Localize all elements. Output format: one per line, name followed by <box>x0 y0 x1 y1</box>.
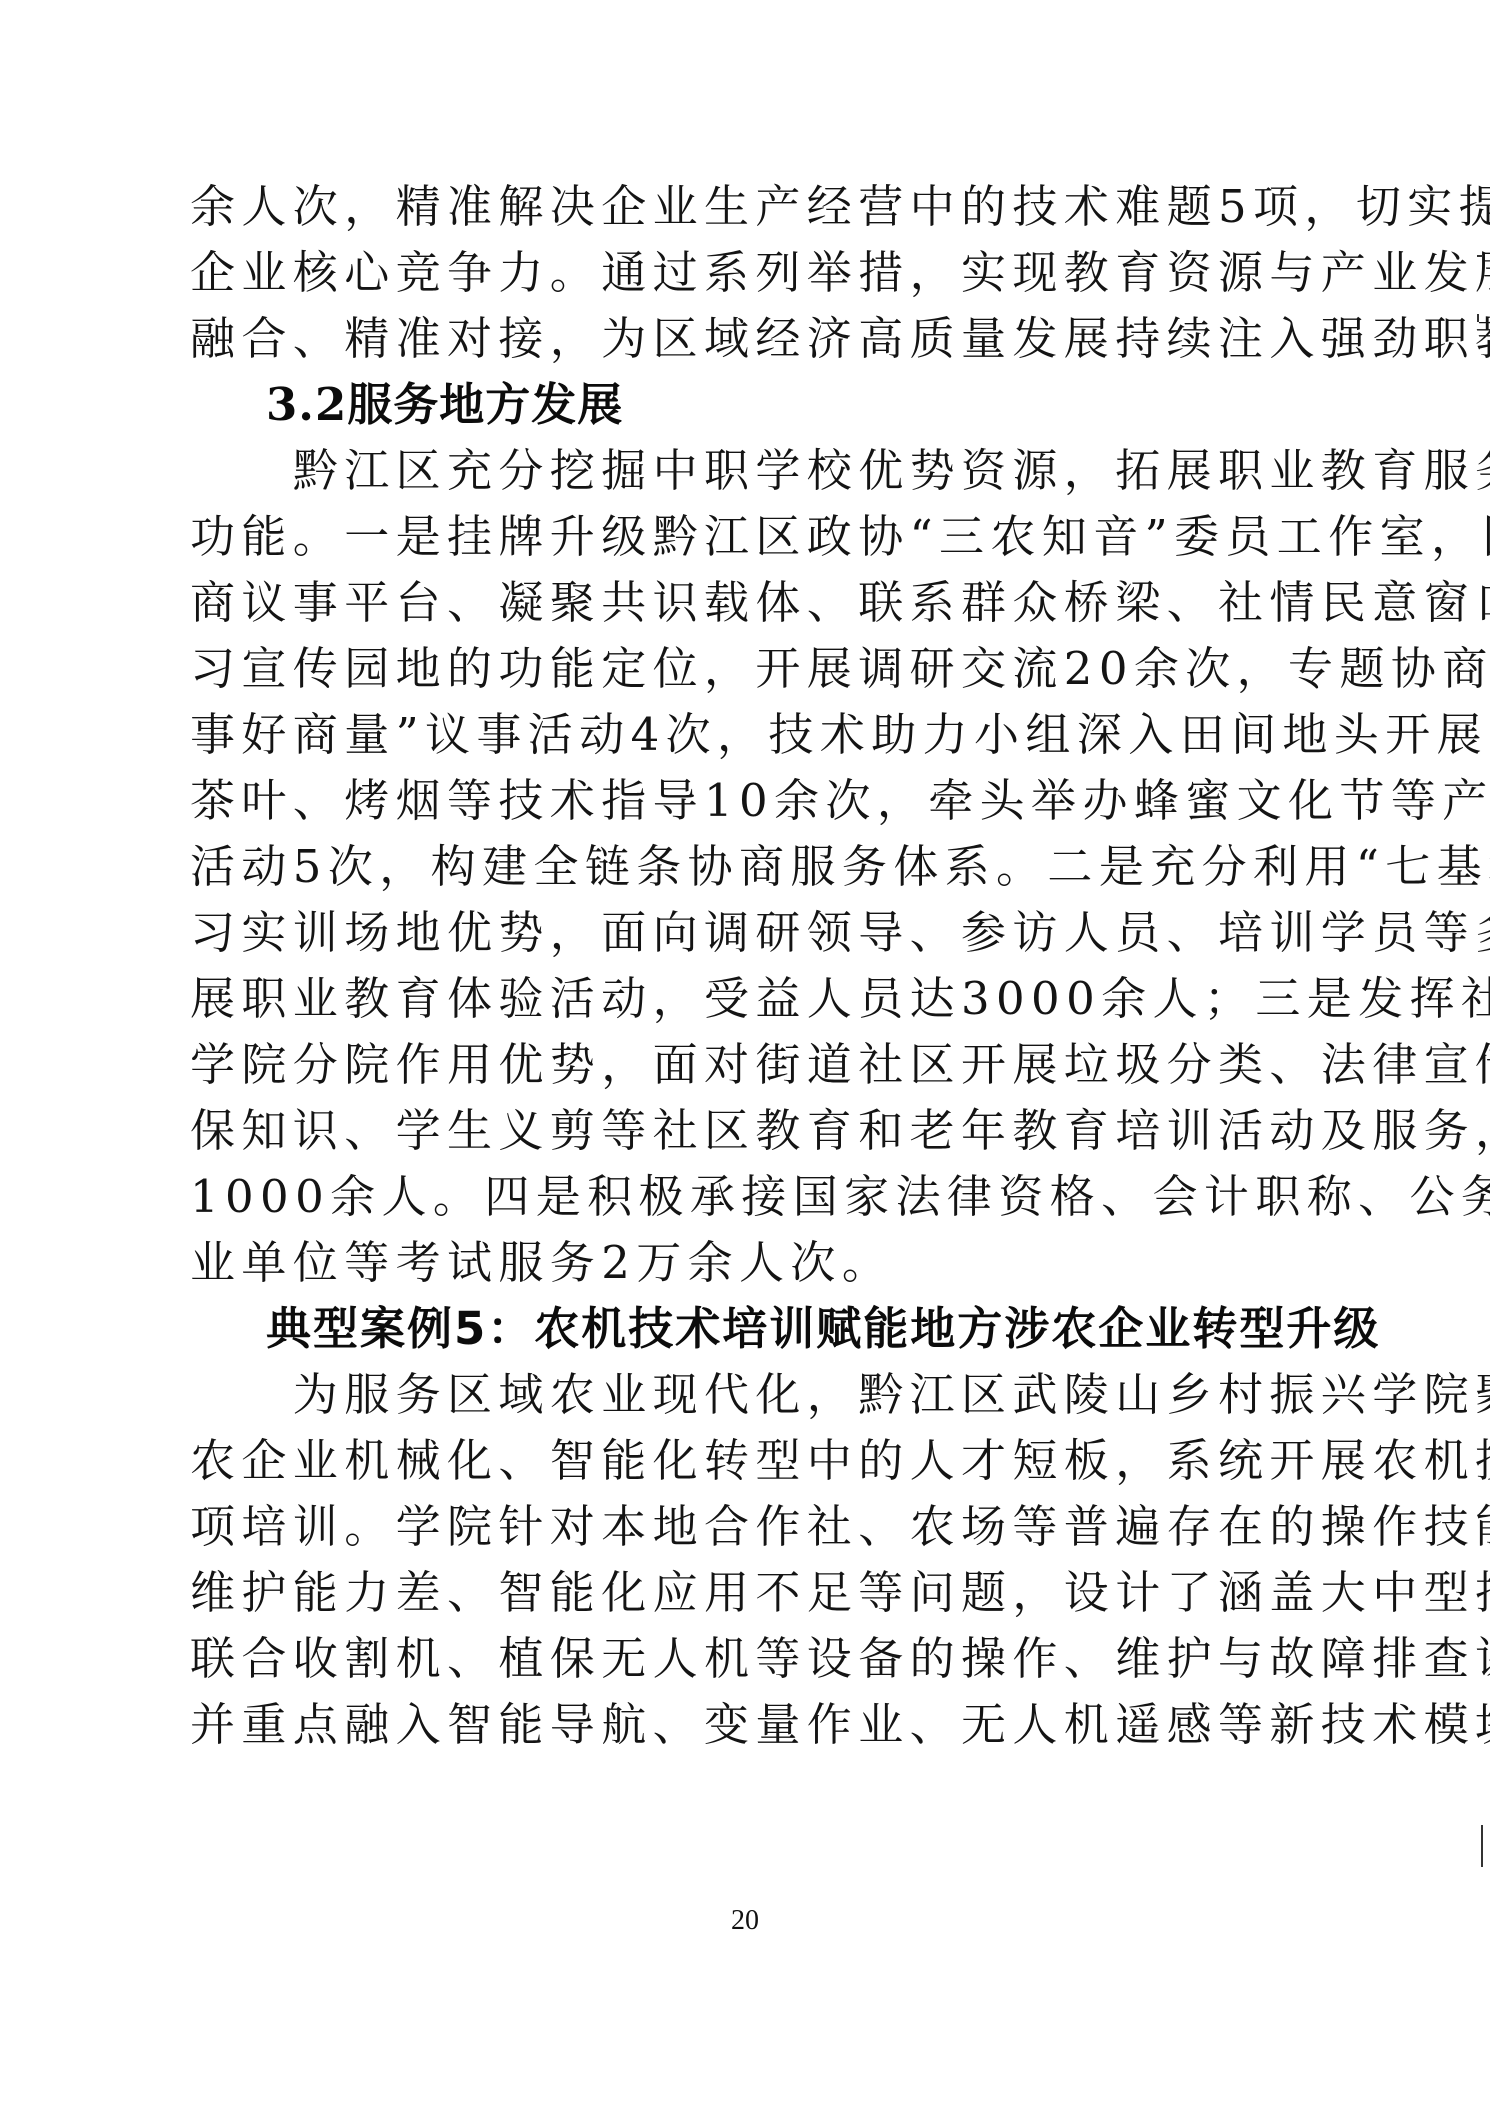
section-heading: 3.2服务地方发展 <box>190 372 1302 438</box>
text-line: 习实训场地优势，面向调研领导、参访人员、培训学员等多次开 <box>190 900 1302 966</box>
text-line: 联合收割机、植保无人机等设备的操作、维护与故障排查课程， <box>190 1626 1302 1692</box>
text-line: 余人次，精准解决企业生产经营中的技术难题5项，切实提升了 <box>190 174 1302 240</box>
text-line: 学院分院作用优势，面对街道社区开展垃圾分类、法律宣传、医 <box>190 1032 1302 1098</box>
text-line: 保知识、学生义剪等社区教育和老年教育培训活动及服务，收益 <box>190 1098 1302 1164</box>
text-line: 茶叶、烤烟等技术指导10余次，牵头举办蜂蜜文化节等产销对接 <box>190 768 1302 834</box>
body-text: 余人次，精准解决企业生产经营中的技术难题5项，切实提升了 企业核心竞争力。通过系… <box>190 174 1302 1758</box>
text-line: 1000余人。四是积极承接国家法律资格、会计职称、公务员、事 <box>190 1164 1302 1230</box>
text-line: 展职业教育体验活动，受益人员达3000余人；三是发挥社区教育 <box>190 966 1302 1032</box>
text-line: 并重点融入智能导航、变量作业、无人机遥感等新技术模块。培 <box>190 1692 1302 1758</box>
text-line: 项培训。学院针对本地合作社、农场等普遍存在的操作技能弱、 <box>190 1494 1302 1560</box>
text-line: 业单位等考试服务2万余人次。 <box>190 1230 1302 1296</box>
document-page: 余人次，精准解决企业生产经营中的技术难题5项，切实提升了 企业核心竞争力。通过系… <box>0 0 1490 2104</box>
text-line: 农企业机械化、智能化转型中的人才短板，系统开展农机技术专 <box>190 1428 1302 1494</box>
text-line: 事好商量”议事活动4次，技术助力小组深入田间地头开展食用菌、 <box>190 702 1302 768</box>
scan-artifact <box>1477 255 1483 257</box>
text-line: 维护能力差、智能化应用不足等问题，设计了涵盖大中型拖拉机、 <box>190 1560 1302 1626</box>
page-number: 20 <box>0 1905 1490 1937</box>
text-line: 企业核心竞争力。通过系列举措，实现教育资源与产业发展深度 <box>190 240 1302 306</box>
scan-artifact <box>1481 1825 1483 1867</box>
text-line: 功能。一是挂牌升级黔江区政协“三农知音”委员工作室，围绕协 <box>190 504 1302 570</box>
text-line: 商议事平台、凝聚共识载体、联系群众桥梁、社情民意窗口、学 <box>190 570 1302 636</box>
text-line: 习宣传园地的功能定位，开展调研交流20余次，专题协商会及“渝 <box>190 636 1302 702</box>
text-line: 融合、精准对接，为区域经济高质量发展持续注入强劲职教动能。 <box>190 306 1302 372</box>
text-line: 为服务区域农业现代化，黔江区武陵山乡村振兴学院聚焦涉 <box>190 1362 1302 1428</box>
case-heading: 典型案例5：农机技术培训赋能地方涉农企业转型升级 <box>190 1296 1302 1362</box>
text-line: 活动5次，构建全链条协商服务体系。二是充分利用“七基地”实 <box>190 834 1302 900</box>
text-line: 黔江区充分挖掘中职学校优势资源，拓展职业教育服务社会 <box>190 438 1302 504</box>
scan-artifact <box>1477 314 1479 322</box>
